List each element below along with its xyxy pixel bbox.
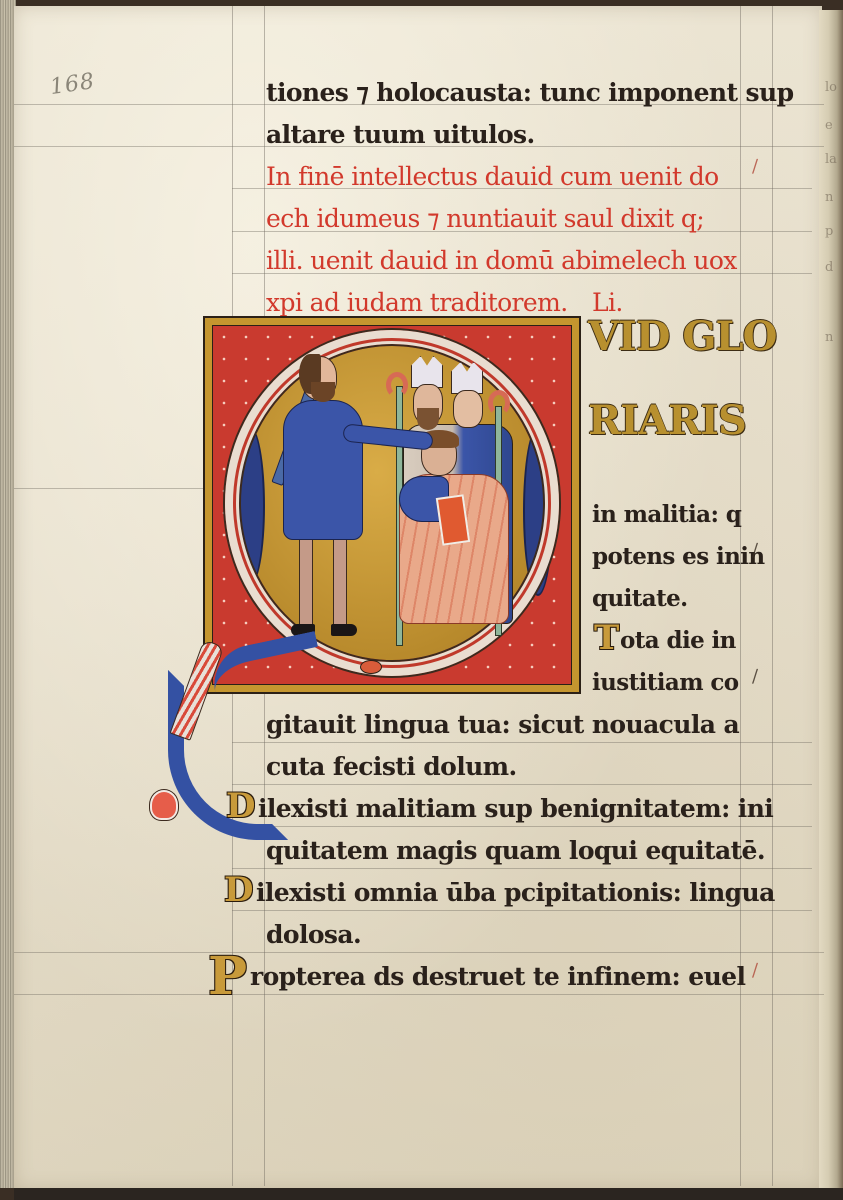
ruling-line-horizontal — [232, 742, 812, 743]
rubric-line: ech idumeus ⁊ nuntiauit saul dixit q; — [266, 204, 704, 234]
doeg-leg — [333, 538, 347, 628]
doeg-leg — [299, 538, 313, 628]
ruling-line-vertical — [740, 6, 741, 1186]
ruling-line-horizontal — [232, 826, 812, 827]
facing-page-text: d — [825, 260, 839, 275]
facing-page-text: la — [825, 152, 839, 167]
text-line: potens es inin — [592, 542, 764, 572]
ruling-line-horizontal — [232, 784, 812, 785]
bishop-beard — [417, 408, 439, 430]
crozier-crook-icon — [386, 372, 408, 398]
doeg-tunic — [283, 400, 363, 540]
text-line: ilexisti omnia ūba pcipitationis: lingua — [256, 878, 775, 908]
flower-terminal-icon — [150, 790, 178, 820]
text-line: ropterea ds destruet te infinem: euel — [250, 962, 745, 992]
incipit-line: RIARIS — [588, 406, 746, 436]
doeg-shoe — [331, 624, 357, 636]
text-line: dolosa. — [266, 920, 361, 950]
doeg-beard — [311, 382, 335, 402]
text-line: quitate. — [592, 584, 688, 614]
bishop-face — [453, 390, 483, 428]
text-line: ota die in — [620, 626, 736, 656]
initial-p: P — [208, 946, 247, 1007]
facing-page-text: n — [825, 190, 839, 205]
ruling-line-horizontal — [14, 952, 824, 953]
rubric-line: illi. uenit dauid in domū abimelech uox — [266, 246, 737, 276]
text-line: in malitia: q — [592, 500, 741, 530]
ruling-line-vertical — [772, 6, 773, 1186]
facing-page-text: e — [825, 118, 839, 133]
ruling-line-horizontal — [232, 868, 812, 869]
facing-page-text: lo — [825, 80, 839, 95]
initial-t: T — [594, 618, 619, 658]
text-line: iustitiam co — [592, 668, 739, 698]
text-line: quitatem magis quam loqui equitatē. — [266, 836, 765, 866]
margin-mark: ∕ — [752, 156, 758, 177]
initial-d: D — [224, 870, 253, 910]
text-line: cuta fecisti dolum. — [266, 752, 517, 782]
facing-page-text: p — [825, 224, 839, 239]
dragon-head-icon — [360, 660, 382, 674]
ruling-line-horizontal — [232, 910, 812, 911]
facing-page-text: n — [825, 330, 839, 345]
initial-d: D — [226, 786, 255, 826]
margin-mark: ∕ — [752, 540, 758, 561]
book-bottom-edge — [14, 1188, 843, 1200]
rubric-line: In finē intellectus dauid cum uenit do — [266, 162, 719, 192]
margin-mark: ∕ — [752, 960, 758, 981]
incipit-line: VID GLO — [588, 322, 777, 352]
margin-mark: ∕ — [752, 666, 758, 687]
text-line: tiones ⁊ holocausta: tunc imponent sup — [266, 78, 793, 108]
ruling-line-horizontal — [14, 488, 214, 489]
page-stack-right: lo e la n p d n — [819, 10, 843, 1188]
text-line: altare tuum uitulos. — [266, 120, 535, 150]
rubric-line: xpi ad iudam traditorem. — [266, 288, 568, 318]
ruling-line-horizontal — [14, 994, 824, 995]
text-line: gitauit lingua tua: sicut nouacula a — [266, 710, 739, 740]
text-line: ilexisti malitiam sup benignitatem: ini — [258, 794, 773, 824]
crozier-crook-icon — [488, 390, 510, 416]
historiated-initial — [203, 316, 581, 694]
